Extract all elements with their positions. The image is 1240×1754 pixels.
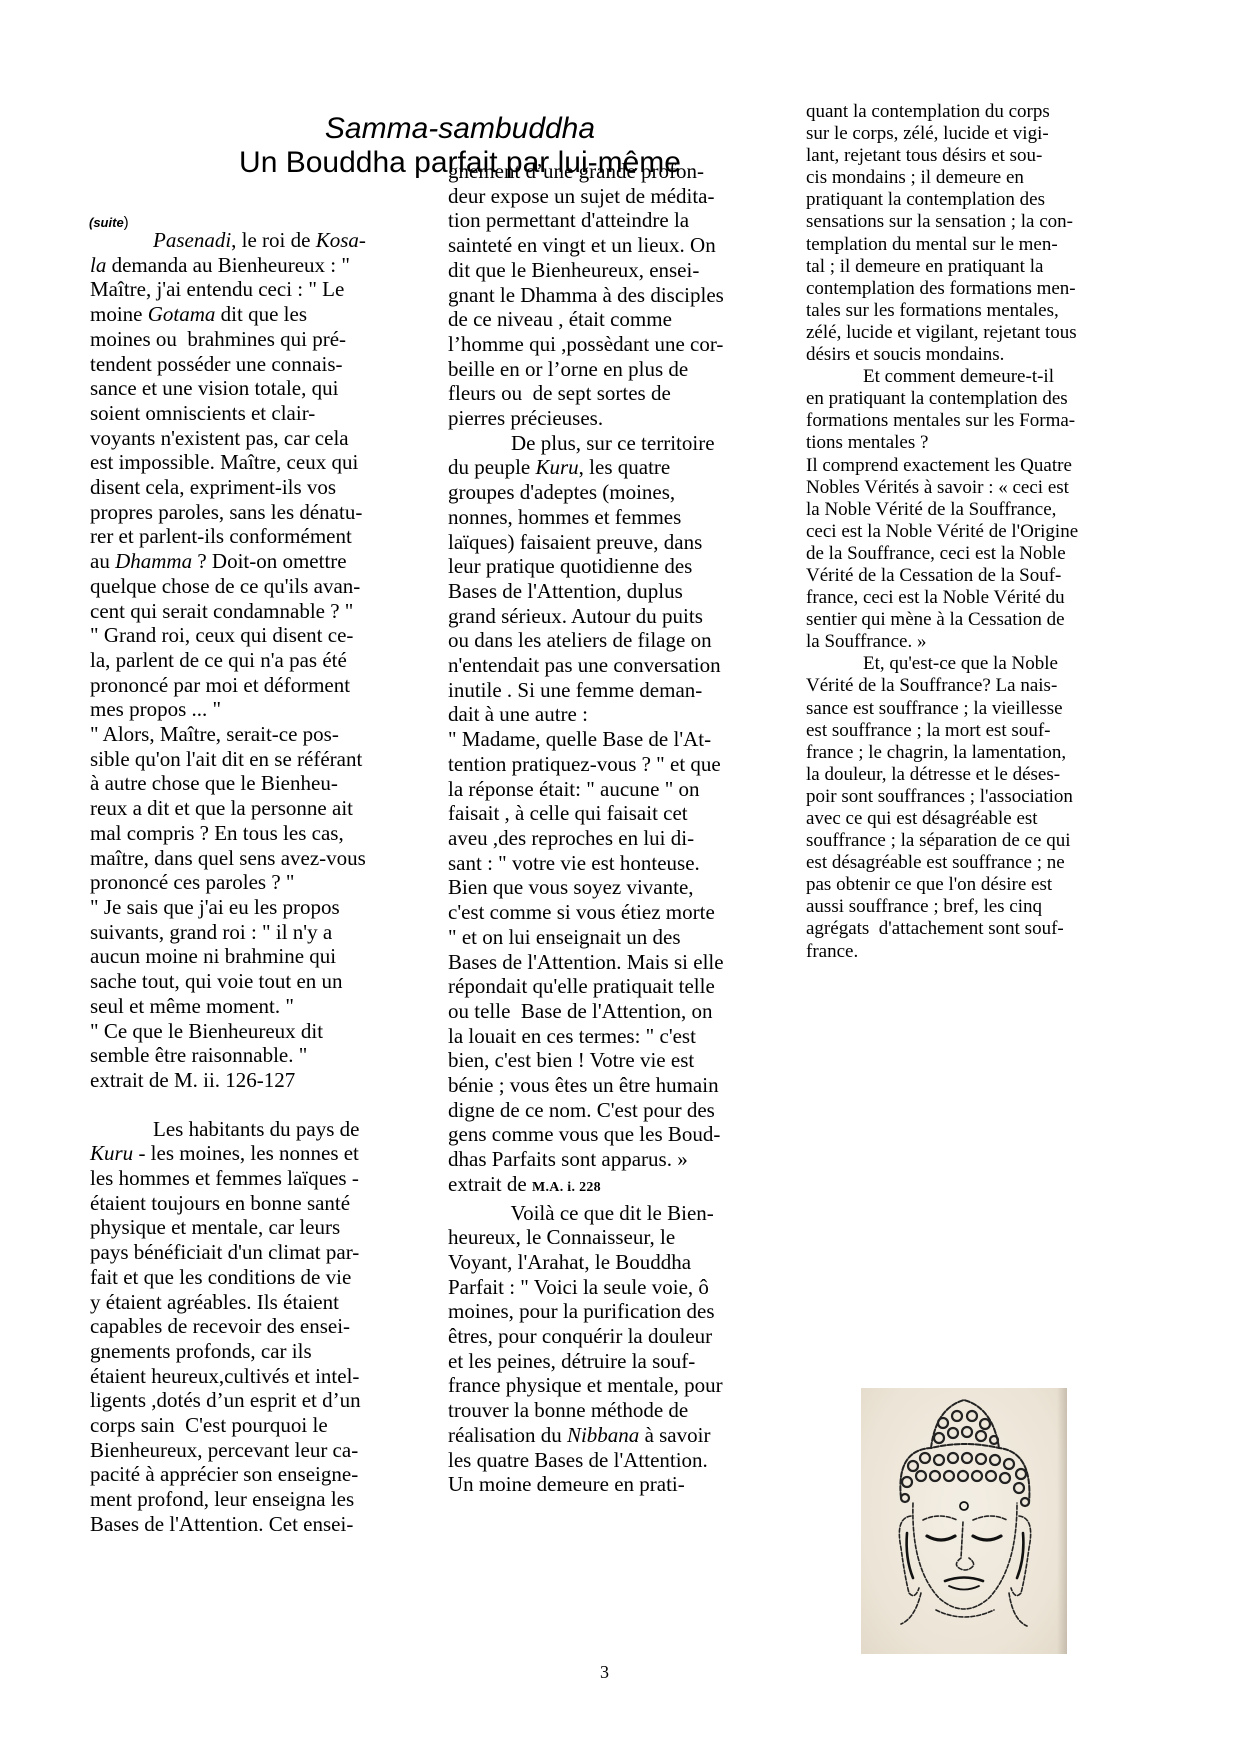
text-line: aveu ,des reproches en lui di- bbox=[448, 826, 724, 851]
text-line: sant : " votre vie est honteuse. bbox=[448, 851, 724, 876]
text-line: De plus, sur ce territoire bbox=[448, 431, 724, 456]
text-line: contemplation des formations men- bbox=[806, 278, 1078, 300]
text-line: ligents ,dotés d’un esprit et d’un bbox=[90, 1388, 366, 1413]
text-line: à autre chose que le Bienheu- bbox=[90, 771, 366, 796]
text-line: suivants, grand roi : " il n'y a bbox=[90, 920, 366, 945]
text-line: ceci est la Noble Vérité de l'Origine bbox=[806, 521, 1078, 543]
text-line: désirs et soucis mondains. bbox=[806, 344, 1078, 366]
text-line: sache tout, qui voie tout en un bbox=[90, 969, 366, 994]
text-line: la louait en ces termes: " c'est bbox=[448, 1024, 724, 1049]
text-line: " Alors, Maître, serait-ce pos- bbox=[90, 722, 366, 747]
text-line: " Je sais que j'ai eu les propos bbox=[90, 895, 366, 920]
text-line: Bases de l'Attention. Mais si elle bbox=[448, 950, 724, 975]
text-line: de la Souffrance, ceci est la Noble bbox=[806, 543, 1078, 565]
text-line: Il comprend exactement les Quatre bbox=[806, 455, 1078, 477]
text-line: Kuru - les moines, les nonnes et bbox=[90, 1141, 366, 1166]
text-line: bien, c'est bien ! Votre vie est bbox=[448, 1048, 724, 1073]
text-line: corps sain C'est pourquoi le bbox=[90, 1413, 366, 1438]
text-line: pacité à apprécier son enseigne- bbox=[90, 1462, 366, 1487]
title-line-1: Samma-sambuddha bbox=[180, 112, 740, 146]
text-line: dhas Parfaits sont apparus. » bbox=[448, 1147, 724, 1172]
text-line: en pratiquant la contemplation des bbox=[806, 388, 1078, 410]
text-line: mes propos ... " bbox=[90, 697, 366, 722]
text-line: " Grand roi, ceux qui disent ce- bbox=[90, 623, 366, 648]
text-line: Un moine demeure en prati- bbox=[448, 1472, 724, 1497]
text-line: reux a dit et que la personne ait bbox=[90, 796, 366, 821]
text-line: prononcé par moi et déforment bbox=[90, 673, 366, 698]
text-line: physique et mentale, car leurs bbox=[90, 1215, 366, 1240]
text-line: la Souffrance. » bbox=[806, 631, 1078, 653]
text-line: bénie ; vous êtes un être humain bbox=[448, 1073, 724, 1098]
text-line: Vérité de la Cessation de la Souf- bbox=[806, 565, 1078, 587]
text-line: la Noble Vérité de la Souffrance, bbox=[806, 499, 1078, 521]
page-number: 3 bbox=[600, 1662, 609, 1683]
text-line: " et on lui enseignait un des bbox=[448, 925, 724, 950]
text-line: cis mondains ; il demeure en bbox=[806, 167, 1078, 189]
text-line: la, parlent de ce qui n'a pas été bbox=[90, 648, 366, 673]
text-line: sible qu'on l'ait dit en se référant bbox=[90, 747, 366, 772]
text-column-3: quant la contemplation du corpssur le co… bbox=[806, 101, 1078, 963]
text-line: sainteté en vingt et un lieux. On bbox=[448, 233, 724, 258]
text-line: tales sur les formations mentales, bbox=[806, 300, 1078, 322]
text-line: n'entendait pas une conversation bbox=[448, 653, 724, 678]
text-line: et les peines, détruire la souf- bbox=[448, 1349, 724, 1374]
text-line: nonnes, hommes et femmes bbox=[448, 505, 724, 530]
text-line: rer et parlent-ils conformément bbox=[90, 524, 366, 549]
text-line: Bases de l'Attention. Cet ensei- bbox=[90, 1512, 366, 1537]
text-line: tions mentales ? bbox=[806, 432, 1078, 454]
text-line: quant la contemplation du corps bbox=[806, 101, 1078, 123]
text-line: trouver la bonne méthode de bbox=[448, 1398, 724, 1423]
text-line: est impossible. Maître, ceux qui bbox=[90, 450, 366, 475]
text-line: fait et que les conditions de vie bbox=[90, 1265, 366, 1290]
text-line: du peuple Kuru, les quatre bbox=[448, 455, 724, 480]
text-column-2: gnement d’une grande profon-deur expose … bbox=[448, 159, 724, 1497]
text-line: " Madame, quelle Base de l'At- bbox=[448, 727, 724, 752]
text-line: répondait qu'elle pratiquait telle bbox=[448, 974, 724, 999]
text-line: formations mentales sur les Forma- bbox=[806, 410, 1078, 432]
text-line: dit que le Bienheureux, ensei- bbox=[448, 258, 724, 283]
text-line: souffrance ; la séparation de ce qui bbox=[806, 830, 1078, 852]
text-line: quelque chose de ce qu'ils avan- bbox=[90, 574, 366, 599]
text-line: la demanda au Bienheureux : " bbox=[90, 253, 366, 278]
text-line: ment profond, leur enseigna les bbox=[90, 1487, 366, 1512]
text-line: disent cela, expriment-ils vos bbox=[90, 475, 366, 500]
text-line: tendent posséder une connais- bbox=[90, 352, 366, 377]
text-line: de ce niveau , était comme bbox=[448, 307, 724, 332]
text-line: leur pratique quotidienne des bbox=[448, 554, 724, 579]
text-line: Voilà ce que dit le Bien- bbox=[448, 1201, 724, 1226]
text-line: gens comme vous que les Boud- bbox=[448, 1122, 724, 1147]
paragraph-gap bbox=[90, 1093, 366, 1117]
text-line: prononcé ces paroles ? " bbox=[90, 870, 366, 895]
text-line: la douleur, la détresse et le déses- bbox=[806, 764, 1078, 786]
text-line: lant, rejetant tous désirs et sou- bbox=[806, 145, 1078, 167]
text-line: gnement d’une grande profon- bbox=[448, 159, 724, 184]
text-line: " Ce que le Bienheureux dit bbox=[90, 1019, 366, 1044]
text-line: templation du mental sur le men- bbox=[806, 234, 1078, 256]
text-line: pierres précieuses. bbox=[448, 406, 724, 431]
text-line: seul et même moment. " bbox=[90, 994, 366, 1019]
text-line: Les habitants du pays de bbox=[90, 1117, 366, 1142]
text-line: propres paroles, sans les dénatu- bbox=[90, 500, 366, 525]
text-line: grand sérieux. Autour du puits bbox=[448, 604, 724, 629]
text-line: Voyant, l'Arahat, le Bouddha bbox=[448, 1250, 724, 1275]
text-line: pratiquant la contemplation des bbox=[806, 189, 1078, 211]
text-line: beille en or l’orne en plus de bbox=[448, 357, 724, 382]
text-line: moines ou brahmines qui pré- bbox=[90, 327, 366, 352]
text-line: Nobles Vérités à savoir : « ceci est bbox=[806, 477, 1078, 499]
text-line: groupes d'adeptes (moines, bbox=[448, 480, 724, 505]
text-line: Parfait : " Voici la seule voie, ô bbox=[448, 1275, 724, 1300]
text-line: france physique et mentale, pour bbox=[448, 1373, 724, 1398]
text-line: cent qui serait condamnable ? " bbox=[90, 599, 366, 624]
text-line: y étaient agréables. Ils étaient bbox=[90, 1290, 366, 1315]
text-line: ou dans les ateliers de filage on bbox=[448, 628, 724, 653]
text-line: ou telle Base de l'Attention, on bbox=[448, 999, 724, 1024]
text-line: extrait de M.A. i. 228 bbox=[448, 1172, 724, 1201]
text-line: moine Gotama dit que les bbox=[90, 302, 366, 327]
text-line: êtres, pour conquérir la douleur bbox=[448, 1324, 724, 1349]
text-line: voyants n'existent pas, car cela bbox=[90, 426, 366, 451]
text-line: les quatre Bases de l'Attention. bbox=[448, 1448, 724, 1473]
text-line: Bienheureux, percevant leur ca- bbox=[90, 1438, 366, 1463]
text-line: deur expose un sujet de médita- bbox=[448, 184, 724, 209]
text-line: gnements profonds, car ils bbox=[90, 1339, 366, 1364]
text-line: tion permettant d'atteindre la bbox=[448, 208, 724, 233]
text-line: sance est souffrance ; la vieillesse bbox=[806, 698, 1078, 720]
text-line: Maître, j'ai entendu ceci : " Le bbox=[90, 277, 366, 302]
text-line: moines, pour la purification des bbox=[448, 1299, 724, 1324]
text-line: extrait de M. ii. 126-127 bbox=[90, 1068, 366, 1093]
text-line: soient omniscients et clair- bbox=[90, 401, 366, 426]
text-line: tal ; il demeure en pratiquant la bbox=[806, 256, 1078, 278]
text-line: sentier qui mène à la Cessation de bbox=[806, 609, 1078, 631]
text-line: Et comment demeure-t-il bbox=[806, 366, 1078, 388]
text-line: au Dhamma ? Doit-on omettre bbox=[90, 549, 366, 574]
text-line: france, ceci est la Noble Vérité du bbox=[806, 587, 1078, 609]
text-line: étaient toujours en bonne santé bbox=[90, 1191, 366, 1216]
text-line: dait à une autre : bbox=[448, 702, 724, 727]
text-line: tention pratiquez-vous ? " et que bbox=[448, 752, 724, 777]
text-line: est souffrance ; la mort est souf- bbox=[806, 720, 1078, 742]
text-line: aucun moine ni brahmine qui bbox=[90, 944, 366, 969]
text-line: Pasenadi, le roi de Kosa- bbox=[90, 228, 366, 253]
text-line: france. bbox=[806, 941, 1078, 963]
text-line: mal compris ? En tous les cas, bbox=[90, 821, 366, 846]
text-line: heureux, le Connaisseur, le bbox=[448, 1225, 724, 1250]
text-line: inutile . Si une femme deman- bbox=[448, 678, 724, 703]
text-line: la réponse était: " aucune " on bbox=[448, 777, 724, 802]
text-line: Bien que vous soyez vivante, bbox=[448, 875, 724, 900]
text-line: france ; le chagrin, la lamentation, bbox=[806, 742, 1078, 764]
text-line: agrégats d'attachement sont souf- bbox=[806, 918, 1078, 940]
text-line: l’homme qui ,possèdant une cor- bbox=[448, 332, 724, 357]
text-line: Vérité de la Souffrance? La nais- bbox=[806, 675, 1078, 697]
text-line: capables de recevoir des ensei- bbox=[90, 1314, 366, 1339]
text-line: pas obtenir ce que l'on désire est bbox=[806, 874, 1078, 896]
text-column-1: Pasenadi, le roi de Kosa-la demanda au B… bbox=[90, 228, 366, 1537]
buddha-head-icon bbox=[861, 1388, 1067, 1654]
text-line: sance et une vision totale, qui bbox=[90, 376, 366, 401]
text-line: poir sont souffrances ; l'association bbox=[806, 786, 1078, 808]
text-line: sensations sur la sensation ; la con- bbox=[806, 211, 1078, 233]
text-line: semble être raisonnable. " bbox=[90, 1043, 366, 1068]
text-line: faisait , à celle qui faisait cet bbox=[448, 801, 724, 826]
text-line: fleurs ou de sept sortes de bbox=[448, 381, 724, 406]
text-line: Et, qu'est-ce que la Noble bbox=[806, 653, 1078, 675]
text-line: aussi souffrance ; bref, les cinq bbox=[806, 896, 1078, 918]
text-line: est désagréable est souffrance ; ne bbox=[806, 852, 1078, 874]
text-line: les hommes et femmes laïques - bbox=[90, 1166, 366, 1191]
text-line: avec ce qui est désagréable est bbox=[806, 808, 1078, 830]
text-line: zélé, lucide et vigilant, rejetant tous bbox=[806, 322, 1078, 344]
text-line: pays bénéficiait d'un climat par- bbox=[90, 1240, 366, 1265]
text-line: digne de ce nom. C'est pour des bbox=[448, 1098, 724, 1123]
text-line: c'est comme si vous étiez morte bbox=[448, 900, 724, 925]
text-line: Bases de l'Attention, duplus bbox=[448, 579, 724, 604]
text-line: gnant le Dhamma à des disciples bbox=[448, 283, 724, 308]
text-line: étaient heureux,cultivés et intel- bbox=[90, 1364, 366, 1389]
text-line: sur le corps, zélé, lucide et vigi- bbox=[806, 123, 1078, 145]
text-line: maître, dans quel sens avez-vous bbox=[90, 846, 366, 871]
buddha-illustration bbox=[861, 1388, 1067, 1654]
text-line: laïques) faisaient preuve, dans bbox=[448, 530, 724, 555]
text-line: réalisation du Nibbana à savoir bbox=[448, 1423, 724, 1448]
